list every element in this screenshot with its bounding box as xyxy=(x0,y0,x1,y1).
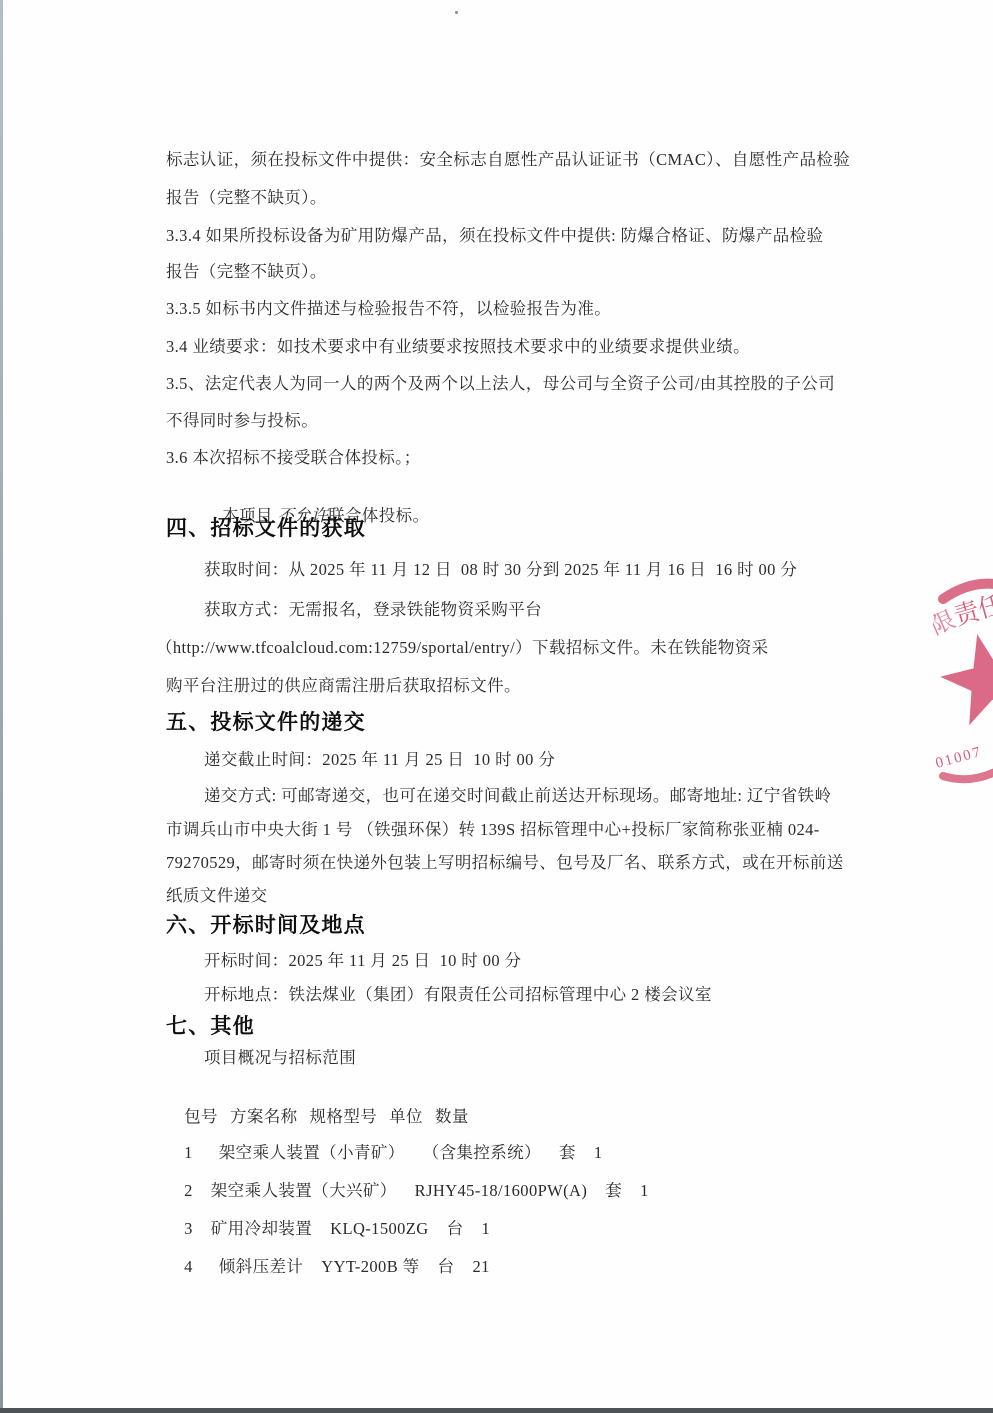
doc-line: 3.3.5 如标书内文件描述与检验报告不符，以检验报告为准。 xyxy=(166,299,611,320)
doc-line: 购平台注册过的供应商需注册后获取招标文件。 xyxy=(166,676,521,697)
doc-line-url: （http://www.tfcoalcloud.com:12759/sporta… xyxy=(156,638,769,659)
doc-line-obtain-method: 获取方式：无需报名，登录铁能物资采购平台 xyxy=(204,600,542,621)
scan-edge-left xyxy=(0,0,3,1413)
section-heading-bid-submission: 五、投标文件的递交 xyxy=(166,710,366,736)
table-row: 4倾斜压差计YYT-200B 等台21 xyxy=(166,1236,508,1298)
doc-line-scope: 项目概况与招标范围 xyxy=(204,1048,356,1069)
scanned-document-page: 标志认证，须在投标文件中提供：安全标志自愿性产品认证证书（CMAC）、自愿性产品… xyxy=(0,0,993,1413)
cell-unit: 套 xyxy=(605,1181,622,1202)
doc-line-opening-time: 开标时间：2025 年 11 月 25 日 10 时 00 分 xyxy=(204,951,521,972)
red-seal-stamp: 限 责任 01007 xyxy=(933,563,993,808)
star-icon xyxy=(940,634,993,725)
cell-unit: 台 xyxy=(438,1257,455,1278)
doc-line-opening-place: 开标地点：铁法煤业（集团）有限责任公司招标管理中心 2 楼会议室 xyxy=(204,985,712,1006)
doc-line-deadline: 递交截止时间：2025 年 11 月 25 日 10 时 00 分 xyxy=(204,750,555,771)
scan-speck xyxy=(455,11,458,14)
doc-line: 报告（完整不缺页）。 xyxy=(166,188,327,209)
doc-line-address: 市调兵山市中央大街 1 号 （铁强环保）转 139S 招标管理中心+投标厂家简称… xyxy=(166,820,820,841)
doc-line: 纸质文件递交 xyxy=(166,886,267,907)
doc-line-submit-method: 递交方式: 可邮寄递交，也可在递交时间截止前送达开标现场。邮寄地址: 辽宁省铁岭 xyxy=(204,786,831,807)
doc-line-obtain-time: 获取时间：从 2025 年 11 月 12 日 08 时 30 分到 2025 … xyxy=(204,560,797,581)
doc-line-phone: 79270529，邮寄时须在快递外包装上写明招标编号、包号及厂名、联系方式，或在… xyxy=(166,853,844,874)
doc-line: 3.5、法定代表人为同一人的两个及两个以上法人，母公司与全资子公司/由其控股的子… xyxy=(166,374,835,395)
scan-edge-bottom xyxy=(0,1408,993,1413)
section-heading-bid-opening: 六、开标时间及地点 xyxy=(166,913,366,939)
cell-model: YYT-200B 等 xyxy=(321,1257,419,1278)
seal-serial-number: 01007 xyxy=(934,744,984,772)
section-heading-obtain-documents: 四、招标文件的获取 xyxy=(166,516,366,542)
doc-line: 标志认证，须在投标文件中提供：安全标志自愿性产品认证证书（CMAC）、自愿性产品… xyxy=(166,150,850,171)
doc-line: 3.3.4 如果所投标设备为矿用防爆产品，须在投标文件中提供: 防爆合格证、防爆… xyxy=(166,226,823,247)
doc-line: 不得同时参与投标。 xyxy=(166,411,318,432)
section-heading-other: 七、其他 xyxy=(166,1014,255,1040)
seal-ring-arc-bottom xyxy=(943,772,993,779)
doc-line: 3.6 本次招标不接受联合体投标。； xyxy=(166,448,421,469)
doc-line: 报告（完整不缺页）。 xyxy=(166,262,327,283)
cell-qty: 1 xyxy=(640,1181,649,1202)
cell-package-no: 4 xyxy=(184,1257,193,1278)
cell-name: 倾斜压差计 xyxy=(219,1257,304,1278)
cell-qty: 21 xyxy=(472,1257,489,1278)
doc-line: 3.4 业绩要求：如技术要求中有业绩要求按照技术要求中的业绩要求提供业绩。 xyxy=(166,337,750,358)
